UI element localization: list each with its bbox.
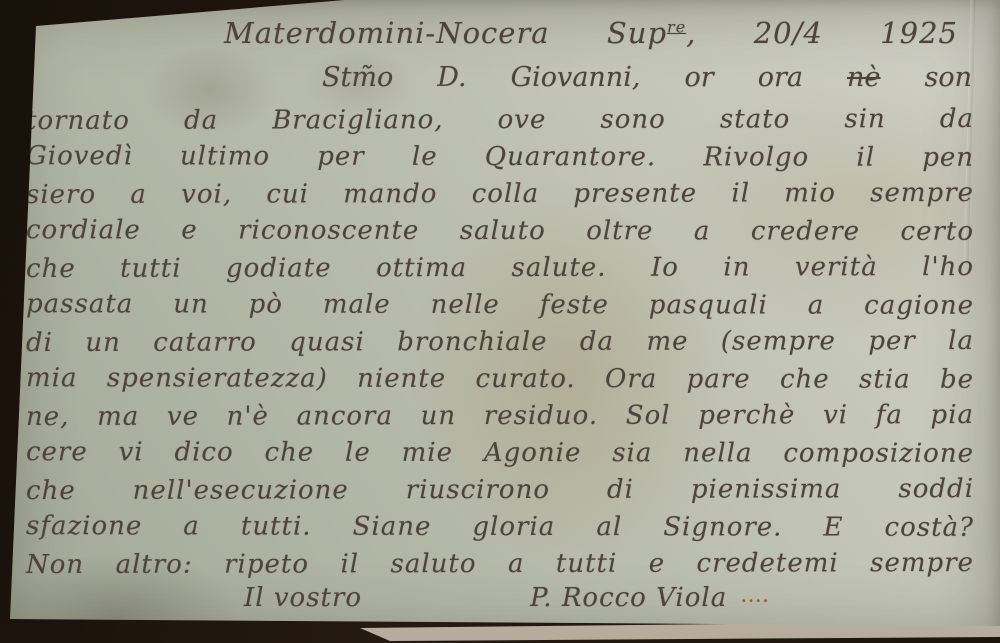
strikethrough-word: nè (847, 62, 880, 93)
handwritten-text: Materdomini-Nocera Supre, 20/4 1925 Stm̃… (0, 0, 1000, 643)
closing-label: Il vostro (244, 583, 362, 613)
body-line: tornato da Bracigliano, ove sono stato s… (26, 101, 988, 140)
photo-background: Materdomini-Nocera Supre, 20/4 1925 Stm̃… (0, 0, 1000, 643)
body-line: che tutti godiate ottima salute. Io in v… (26, 249, 988, 288)
body-line-text: cordiale e riconoscente saluto oltre a c… (26, 215, 974, 247)
body-line: mia spensieratezza) niente curato. Ora p… (26, 360, 988, 399)
body-line: siero a voi, cui mando colla presente il… (26, 175, 988, 214)
body-line: ✱ cordiale e riconoscente saluto oltre a… (26, 212, 988, 251)
signature-line: Il vostro P. Rocco Viola ···· (26, 583, 988, 619)
margin-asterisk-mark: ✱ (10, 216, 24, 253)
body-line: di un catarro quasi bronchiale da me (se… (26, 323, 988, 362)
signature-flourish: ···· (741, 592, 770, 610)
body-line: Giovedì ultimo per le Quarantore. Rivolg… (26, 138, 988, 177)
body-line: cere vi dico che le mie Agonie sia nella… (26, 434, 988, 473)
signature: P. Rocco Viola (530, 583, 727, 613)
body-line: sfazione a tutti. Siane gloria al Signor… (26, 508, 988, 547)
body-line: passata un pò male nelle feste pasquali … (26, 286, 988, 325)
dateline: Materdomini-Nocera Supre, 20/4 1925 (26, 16, 988, 62)
salutation-text-end: son (925, 62, 973, 93)
dateline-place: Materdomini-Nocera Sup (224, 16, 667, 50)
dateline-superscript: re (667, 17, 686, 36)
body-line: Non altro: ripeto il saluto a tutti e cr… (26, 545, 988, 584)
body-line: che nell'esecuzione riuscirono di pienis… (26, 471, 988, 510)
salutation-text: Stm̃o D. Giovanni, or ora (322, 62, 803, 93)
postcard-paper: Materdomini-Nocera Supre, 20/4 1925 Stm̃… (0, 0, 1000, 643)
dateline-date: , 20/4 1925 (686, 16, 958, 50)
salutation-line: Stm̃o D. Giovanni, or ora nè son (26, 62, 988, 102)
body-line: ne, ma ve n'è ancora un residuo. Sol per… (26, 397, 988, 436)
